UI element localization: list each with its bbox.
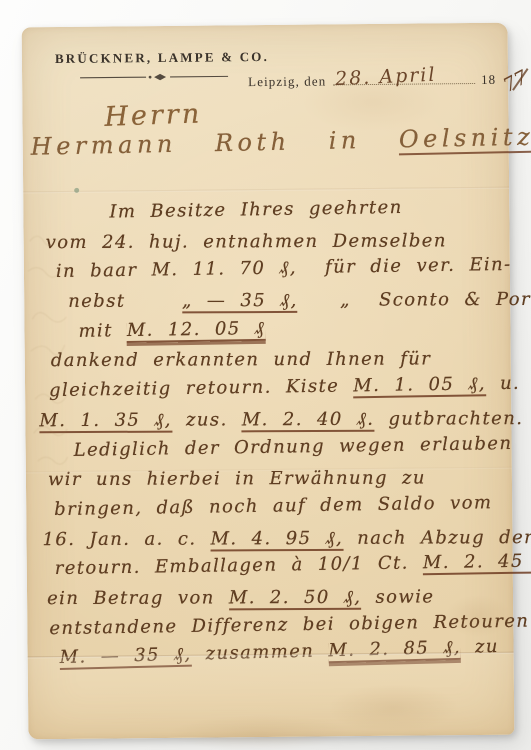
recipient-name-line: Hermann Roth in Oelsnitz i/Vgtl [30,123,508,161]
handwritten-segment: M. 1. 05 ₰, [353,373,486,398]
screenshot-root: { "colors": { "scan_background": "#f5f5f… [0,0,531,750]
handwritten-segment: M. 2. 40 ₰. [242,409,375,433]
handwritten-segment: bringen, daß noch auf dem Saldo vom [54,492,492,520]
letter-line-1: Im Besitze Ihres geehrten [109,192,504,228]
handwritten-segment: „ — 35 ₰, [182,290,298,314]
dateline-printed-century: 18 [481,72,496,87]
letter-line-11: bringen, daß noch auf dem Saldo vom [54,489,507,526]
handwritten-segment: Oelsnitz [399,123,531,156]
handwritten-segment: vom 24. huj. entnahmen Demselben [46,230,447,253]
handwritten-segment: M. 4. 95 ₰, [210,527,343,551]
handwritten-segment: zus. [172,409,242,430]
letterhead-divider-ornament [78,71,230,82]
letter-line-7: gleichzeitig retourn. Kiste M. 1. 05 ₰, … [49,370,506,407]
ink-offset-ghost-marks [23,223,77,473]
handwritten-segment: u. Büch. [486,372,531,395]
salutation: Herrn [104,98,203,132]
handwritten-segment: gutbrachten. [374,408,523,430]
handwritten-segment: M. 2. 45 ₰. [423,550,531,575]
letter-body: Im Besitze Ihres geehrtenvom 24. huj. en… [33,195,509,674]
green-ink-speck [74,188,79,193]
letter-line-9: Lediglich der Ordnung wegen erlauben [73,430,506,466]
handwritten-segment: M. 2. 50 ₰, [229,587,362,611]
handwritten-segment: nach Abzug der [343,527,531,549]
handwritten-segment: sowie [361,586,434,607]
letter-line-13: retourn. Emballagen à 10/1 Ct. M. 2. 45 … [55,548,508,585]
handwritten-segment: 16. Jan. a. c. [42,528,210,550]
handwritten-segment: „ Sconto & Porto [298,289,531,311]
handwritten-segment: ein Betrag von [47,587,229,609]
handwritten-segment: dankend erkannten und Ihnen für [51,349,432,372]
paper-stain [302,71,443,132]
letter-paper: BRÜCKNER, LAMPE & CO. Leipzig, den 28. A… [22,23,515,740]
handwritten-segment: gleichzeitig retourn. Kiste [49,375,354,401]
handwritten-segment: retourn. Emballagen à 10/1 Ct. [55,553,423,580]
fold-crease-top [23,187,509,194]
handwritten-segment: Hermann Roth in [30,125,399,160]
handwritten-segment: Lediglich der Ordnung wegen erlauben [73,432,512,460]
letter-line-5: mit M. 12. 05 ₰ [78,311,505,347]
letterhead-company-name: BRÜCKNER, LAMPE & CO. [55,49,269,67]
letter-line-3: in baar M. 11. 70 ₰, für die ver. Ein- [56,251,505,288]
handwritten-segment: in baar M. 11. 70 ₰, für die ver. Ein- [56,254,512,282]
handwritten-segment: Im Besitze Ihres geehrten [109,197,403,223]
handwritten-segment: mit [78,320,127,342]
handwritten-segment: M. 12. 05 ₰ [127,318,266,343]
handwritten-segment: nebst [68,290,182,311]
